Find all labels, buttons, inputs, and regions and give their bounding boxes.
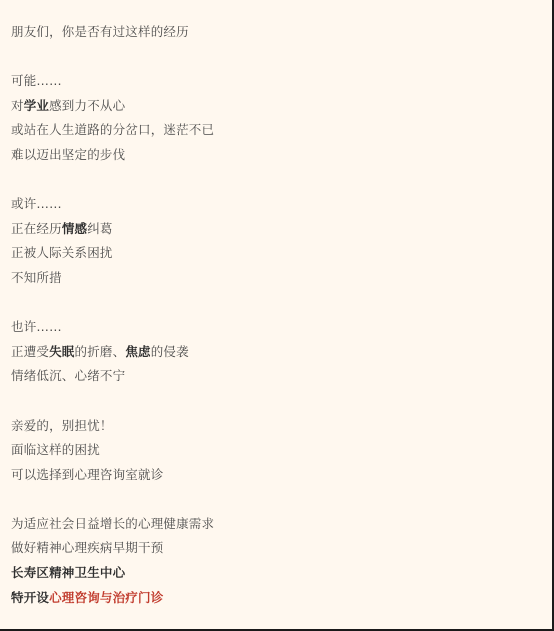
text: 的侵袭: [151, 344, 189, 359]
text: 纠葛: [87, 221, 112, 236]
spacer: [11, 291, 532, 316]
spacer: [11, 168, 532, 193]
spacer: [11, 389, 532, 414]
text: 感到力不从心: [49, 98, 125, 113]
section3-lead: 也许……: [11, 315, 532, 340]
section5-line4: 特开设心理咨询与治疗门诊: [11, 586, 532, 611]
section4-line3: 可以选择到心理咨询室就诊: [11, 463, 532, 488]
section5-line2: 做好精神心理疾病早期干预: [11, 536, 532, 561]
clinic-name-highlight: 心理咨询与治疗门诊: [49, 590, 163, 605]
spacer: [11, 487, 532, 512]
emphasis-anxiety: 焦虑: [125, 344, 150, 359]
section1-lead: 可能……: [11, 69, 532, 94]
section2-line1: 正在经历情感纠葛: [11, 217, 532, 242]
section5-line1: 为适应社会日益增长的心理健康需求: [11, 512, 532, 537]
text: 特开设: [11, 590, 49, 605]
intro-line: 朋友们，你是否有过这样的经历: [11, 20, 532, 45]
emphasis-insomnia: 失眠: [49, 344, 74, 359]
spacer: [11, 45, 532, 70]
section1-line2: 或站在人生道路的分岔口，迷茫不已: [11, 118, 532, 143]
section2-lead: 或许……: [11, 192, 532, 217]
section2-line2: 正被人际关系困扰: [11, 241, 532, 266]
section4-line1: 亲爱的，别担忧！: [11, 414, 532, 439]
section1-line3: 难以迈出坚定的步伐: [11, 143, 532, 168]
article-frame: 朋友们，你是否有过这样的经历 可能…… 对学业感到力不从心 或站在人生道路的分岔…: [0, 0, 554, 631]
text: 的折磨、: [75, 344, 126, 359]
emphasis-emotion: 情感: [62, 221, 87, 236]
organization-name: 长寿区精神卫生中心: [11, 561, 532, 586]
text: 对: [11, 98, 24, 113]
section3-line2: 情绪低沉、心绪不宁: [11, 364, 532, 389]
section3-line1: 正遭受失眠的折磨、焦虑的侵袭: [11, 340, 532, 365]
section2-line3: 不知所措: [11, 266, 532, 291]
section4-line2: 面临这样的困扰: [11, 438, 532, 463]
text: 正遭受: [11, 344, 49, 359]
section1-line1: 对学业感到力不从心: [11, 94, 532, 119]
emphasis-academics: 学业: [24, 98, 49, 113]
article-body: 朋友们，你是否有过这样的经历 可能…… 对学业感到力不从心 或站在人生道路的分岔…: [11, 20, 532, 610]
text: 正在经历: [11, 221, 62, 236]
